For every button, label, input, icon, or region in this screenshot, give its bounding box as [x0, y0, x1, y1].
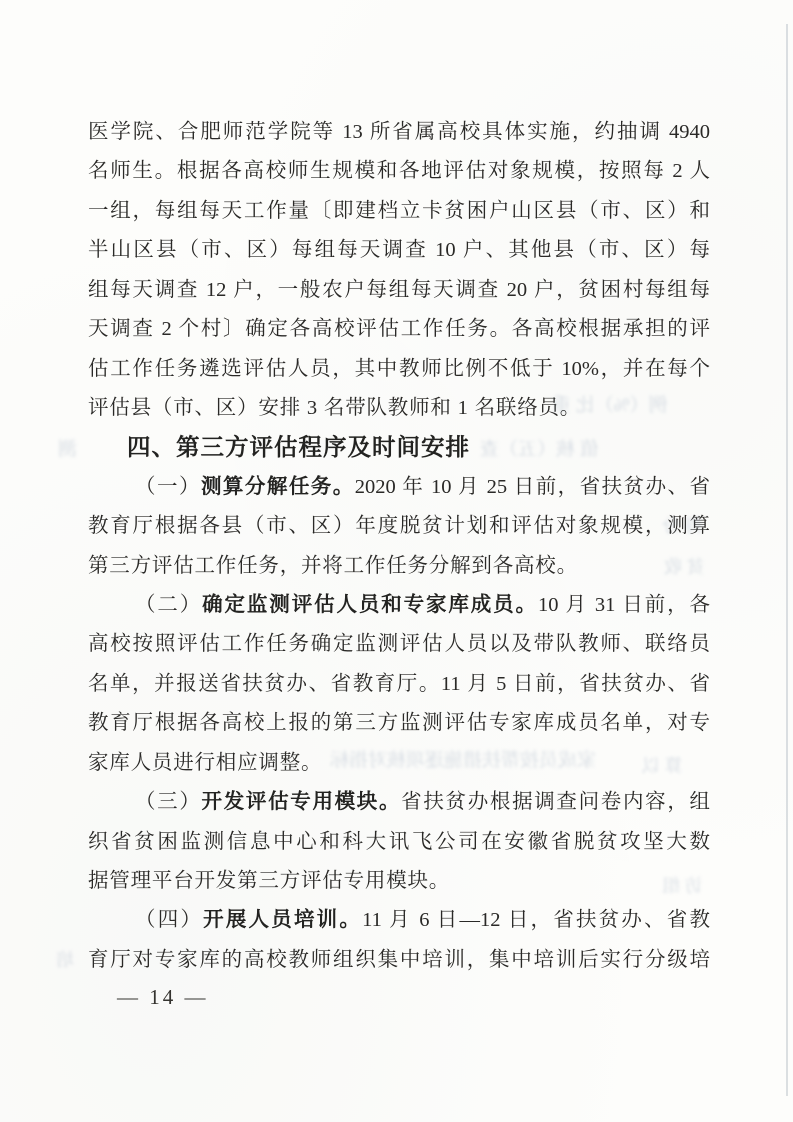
bleed-ghost-text: 测: [58, 434, 77, 461]
topic-sentence-bold: 开发评估专用模块。: [202, 791, 402, 813]
body-text: 评估县（市、区）安排 3 名带队教师和 1 名联络员。: [88, 397, 581, 419]
text-line: 半山区县（市、区）每组每天调查 10 户、其他县（市、区）每: [88, 231, 710, 270]
body-text: 半山区县（市、区）每组每天调查 10 户、其他县（市、区）每: [88, 239, 710, 261]
text-line: 家库人员进行相应调整。: [88, 744, 710, 783]
text-line: 据管理平台开发第三方评估专用模块。: [88, 862, 710, 901]
body-text: （一）: [135, 476, 201, 498]
scan-edge-line: [786, 24, 788, 1096]
body-text: （四）: [135, 909, 203, 931]
body-text: 名师生。根据各高校师生规模和各地评估对象规模，按照每 2 人: [88, 160, 710, 182]
text-line: 组每天调查 12 户，一般农户每组每天调查 20 户，贫困村每组每: [88, 271, 710, 310]
text-line: （四）开展人员培训。11 月 6 日—12 日，省扶贫办、省教: [88, 901, 710, 940]
body-text: 高校按照评估工作任务确定监测评估人员以及带队教师、联络员: [88, 633, 710, 655]
body-text: 家库人员进行相应调整。: [88, 752, 322, 774]
section-heading: 四、第三方评估程序及时间安排: [88, 428, 710, 467]
topic-sentence-bold: 四、第三方评估程序及时间安排: [127, 434, 470, 460]
text-line: 天调查 2 个村〕确定各高校评估工作任务。各高校根据承担的评: [88, 310, 710, 349]
body-text: 名单，并报送省扶贫办、省教育厅。11 月 5 日前，省扶贫办、省: [88, 673, 710, 695]
text-line: 教育厅根据各高校上报的第三方监测评估专家库成员名单，对专: [88, 704, 710, 743]
text-line: 名单，并报送省扶贫办、省教育厅。11 月 5 日前，省扶贫办、省: [88, 665, 710, 704]
body-text: 育厅对专家库的高校教师组织集中培训，集中培训后实行分级培: [88, 949, 710, 971]
text-line: 医学院、合肥师范学院等 13 所省属高校具体实施，约抽调 4940: [88, 113, 710, 152]
text-line: 一组，每组每天工作量〔即建档立卡贫困户山区县（市、区）和: [88, 192, 710, 231]
body-text: 2020 年 10 月 25 日前，省扶贫办、省: [355, 476, 710, 498]
text-line: （三）开发评估专用模块。省扶贫办根据调查问卷内容，组: [88, 783, 710, 822]
body-text: 医学院、合肥师范学院等 13 所省属高校具体实施，约抽调 4940: [88, 121, 710, 143]
body-text: 教育厅根据各县（市、区）年度脱贫计划和评估对象规模，测算: [88, 515, 710, 537]
body-text: 天调查 2 个村〕确定各高校评估工作任务。各高校根据承担的评: [88, 318, 710, 340]
body-text: 第三方评估工作任务，并将工作任务分解到各高校。: [88, 555, 578, 577]
body-text: 据管理平台开发第三方评估专用模块。: [88, 870, 450, 892]
text-line: 名师生。根据各高校师生规模和各地评估对象规模，按照每 2 人: [88, 152, 710, 191]
text-line: 教育厅根据各县（市、区）年度脱贫计划和评估对象规模，测算: [88, 507, 710, 546]
topic-sentence-bold: 确定监测评估人员和专家库成员。: [202, 594, 538, 616]
text-line: 高校按照评估工作任务确定监测评估人员以及带队教师、联络员: [88, 625, 710, 664]
topic-sentence-bold: 测算分解任务。: [201, 476, 355, 498]
text-line: 估工作任务遴选评估人员，其中教师比例不低于 10%，并在每个: [88, 350, 710, 389]
body-text: （三）: [135, 791, 202, 813]
text-line: 评估县（市、区）安排 3 名带队教师和 1 名联络员。: [88, 389, 710, 428]
bleed-ghost-text: 培: [56, 946, 74, 972]
body-text: 一组，每组每天工作量〔即建档立卡贫困户山区县（市、区）和: [88, 200, 710, 222]
body-text: 估工作任务遴选评估人员，其中教师比例不低于 10%，并在每个: [88, 358, 710, 380]
text-line: 第三方评估工作任务，并将工作任务分解到各高校。: [88, 547, 710, 586]
body-text: 10 月 31 日前，各: [538, 594, 710, 616]
text-line: 织省贫困监测信息中心和科大讯飞公司在安徽省脱贫攻坚大数: [88, 823, 710, 862]
body-text: 教育厅根据各高校上报的第三方监测评估专家库成员名单，对专: [88, 712, 710, 734]
body-text: 组每天调查 12 户，一般农户每组每天调查 20 户，贫困村每组每: [88, 279, 710, 301]
text-block: 医学院、合肥师范学院等 13 所省属高校具体实施，约抽调 4940名师生。根据各…: [88, 113, 710, 980]
body-text: 省扶贫办根据调查问卷内容，组: [401, 791, 710, 813]
topic-sentence-bold: 开展人员培训。: [203, 909, 362, 931]
text-line: （二）确定监测评估人员和专家库成员。10 月 31 日前，各: [88, 586, 710, 625]
document-page: 医学院、合肥师范学院等 13 所省属高校具体实施，约抽调 4940名师生。根据各…: [0, 0, 793, 1122]
body-text: （二）: [135, 594, 202, 616]
text-line: （一）测算分解任务。2020 年 10 月 25 日前，省扶贫办、省: [88, 468, 710, 507]
body-text: 织省贫困监测信息中心和科大讯飞公司在安徽省脱贫攻坚大数: [88, 831, 710, 853]
text-line: 育厅对专家库的高校教师组织集中培训，集中培训后实行分级培: [88, 941, 710, 980]
body-text: 11 月 6 日—12 日，省扶贫办、省教: [362, 909, 710, 931]
page-number: — 14 —: [117, 985, 209, 1010]
